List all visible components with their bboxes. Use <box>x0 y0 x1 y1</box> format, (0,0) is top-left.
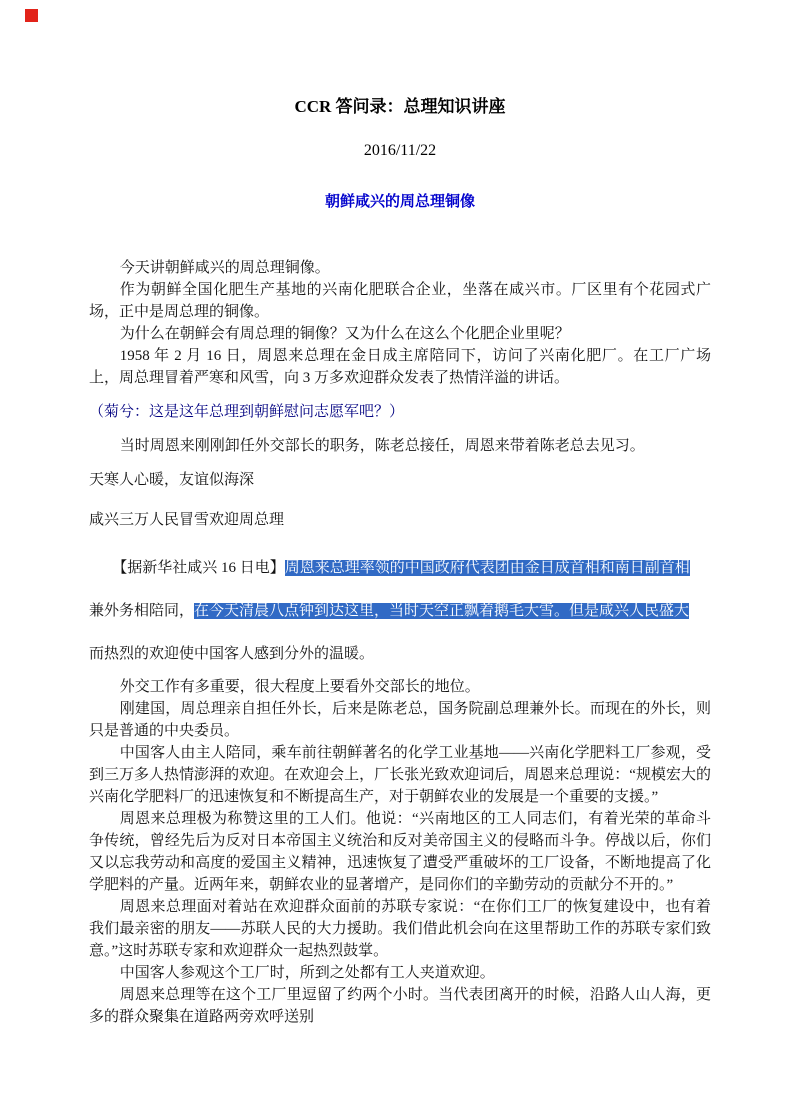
paragraph: 外交工作有多重要，很大程度上要看外交部长的地位。 <box>89 676 711 698</box>
paragraph: 为什么在朝鲜会有周总理的铜像？又为什么在这么个化肥企业里呢？ <box>89 323 711 345</box>
document-page: CCR 答问录：总理知识讲座 2016/11/22 朝鲜咸兴的周总理铜像 今天讲… <box>0 0 800 1100</box>
paragraph-line: 而热烈的欢迎使中国客人感到分外的温暖。 <box>89 633 711 676</box>
paragraph: 中国客人由主人陪同，乘车前往朝鲜著名的化学工业基地――兴南化学肥料工厂参观，受到… <box>89 742 711 808</box>
paragraph: 中国客人参观这个工厂时，所到之处都有工人夹道欢迎。 <box>89 962 711 984</box>
paragraph: 周恩来总理面对着站在欢迎群众面前的苏联专家说：“在你们工厂的恢复建设中，也有着我… <box>89 896 711 962</box>
doc-subtitle: 朝鲜咸兴的周总理铜像 <box>89 191 711 213</box>
doc-title: CCR 答问录：总理知识讲座 <box>89 95 711 119</box>
paragraph: 周恩来总理等在这个工厂里逗留了约两个小时。当代表团离开的时候，沿路人山人海，更多… <box>89 984 711 1028</box>
paragraph: 刚建国，周总理亲自担任外长，后来是陈老总，国务院副总理兼外长。而现在的外长，则只… <box>89 698 711 742</box>
paragraph-text: 兼外务相陪同， <box>89 603 194 619</box>
text-selection: 周恩来总理率领的中国政府代表团由金日成首相和南日副首相 <box>285 560 690 576</box>
content-area: 今天讲朝鲜咸兴的周总理铜像。作为朝鲜全国化肥生产基地的兴南化肥联合企业，坐落在咸… <box>89 257 711 1028</box>
paragraph: 周恩来总理极为称赞这里的工人们。他说：“兴南地区的工人同志们，有着光荣的革命斗争… <box>89 808 711 896</box>
paragraph: 作为朝鲜全国化肥生产基地的兴南化肥联合企业，坐落在咸兴市。厂区里有个花园式广场，… <box>89 279 711 323</box>
paragraph-text: 【据新华社咸兴 16 日电】 <box>112 560 285 576</box>
text-selection: 在今天清晨八点钟到达这里，当时天空正飘着鹅毛大雪。但是咸兴人民盛大 <box>194 603 689 619</box>
page-marker <box>25 9 38 22</box>
document-body: CCR 答问录：总理知识讲座 2016/11/22 朝鲜咸兴的周总理铜像 今天讲… <box>89 95 711 1028</box>
paragraph: 今天讲朝鲜咸兴的周总理铜像。 <box>89 257 711 279</box>
paragraph: 咸兴三万人民冒雪欢迎周总理 <box>89 509 711 531</box>
reader-note: （菊兮：这是这年总理到朝鲜慰问志愿军吧？） <box>89 401 711 423</box>
paragraph: 天寒人心暖，友谊似海深 <box>89 469 711 491</box>
paragraph-text: 而热烈的欢迎使中国客人感到分外的温暖。 <box>89 646 374 662</box>
paragraph: 【据新华社咸兴 16 日电】周恩来总理率领的中国政府代表团由金日成首相和南日副首… <box>89 547 711 676</box>
doc-date: 2016/11/22 <box>89 139 711 163</box>
paragraph: 1958 年 2 月 16 日，周恩来总理在金日成主席陪同下，访问了兴南化肥厂。… <box>89 345 711 389</box>
paragraph: 当时周恩来刚刚卸任外交部长的职务，陈老总接任，周恩来带着陈老总去见习。 <box>89 435 711 457</box>
paragraph-line: 兼外务相陪同，在今天清晨八点钟到达这里，当时天空正飘着鹅毛大雪。但是咸兴人民盛大 <box>89 590 711 633</box>
paragraph-line: 【据新华社咸兴 16 日电】周恩来总理率领的中国政府代表团由金日成首相和南日副首… <box>89 547 711 590</box>
